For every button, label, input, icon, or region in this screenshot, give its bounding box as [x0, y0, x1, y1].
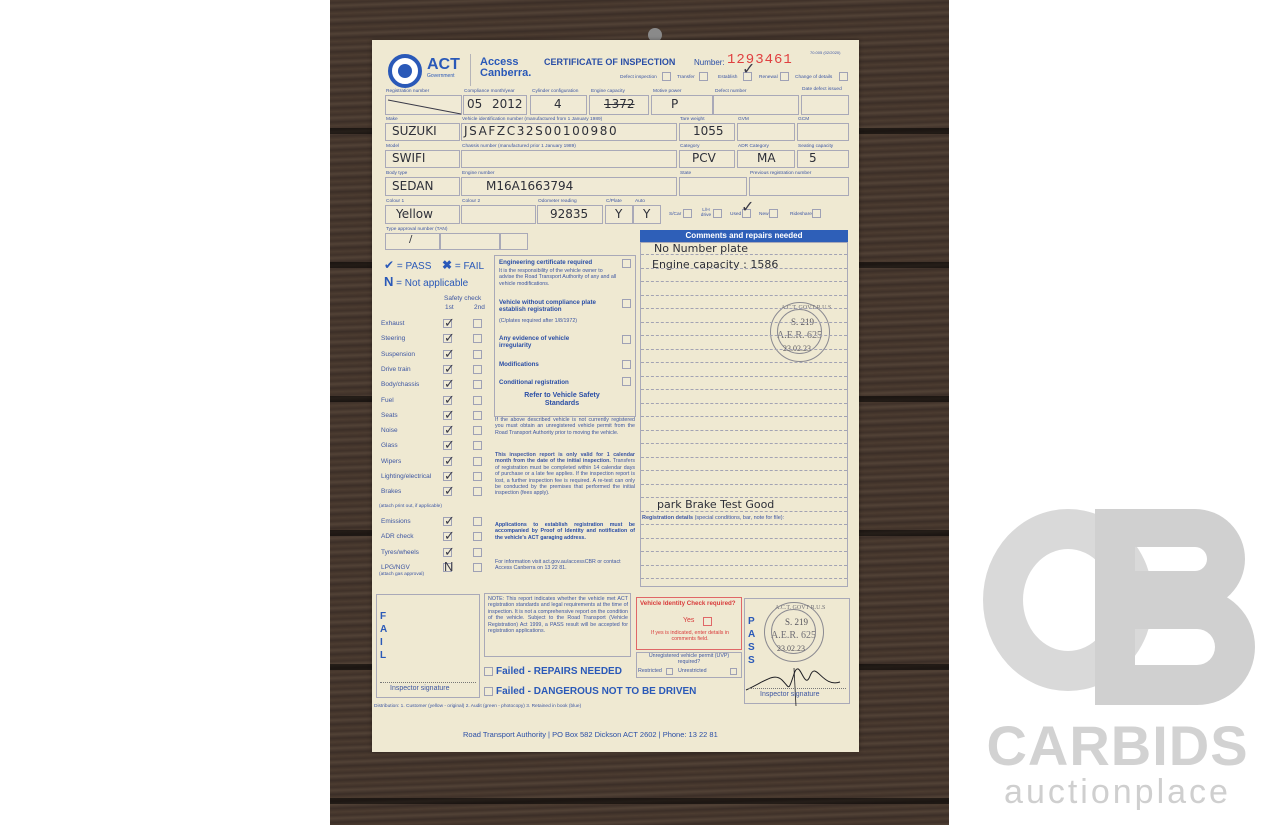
irregularity-title: Any evidence of vehicle irregularity: [499, 335, 599, 349]
second-check-header: 2nd: [474, 304, 485, 311]
second-check-checkbox[interactable]: [473, 472, 482, 481]
chassis-number-label: Chassis number (manufactured prior 1 Jan…: [462, 144, 576, 149]
vic-title: Vehicle Identity Check required?: [640, 600, 740, 607]
comment-rule-line: [641, 538, 847, 539]
fail-legend: ✖ = FAIL: [442, 258, 484, 272]
comment-rule-line: [641, 416, 847, 417]
comment-rule-line: [641, 565, 847, 566]
cplate-label: C/Plate: [606, 199, 622, 204]
cplate-value: Y: [615, 207, 622, 221]
failed-dangerous-checkbox[interactable]: [484, 687, 493, 696]
chassis-number-field[interactable]: [461, 150, 677, 168]
modifications-checkbox[interactable]: [622, 360, 631, 369]
tan-value: /: [409, 234, 412, 245]
pass-check-icon: ✔: [384, 258, 394, 272]
engine-capacity-label: Engine capacity: [591, 89, 625, 94]
adr-category-label: ADR Category: [738, 144, 769, 149]
colour1-label: Colour 1: [386, 199, 404, 204]
purpose-defect-label: Defect inspection: [620, 75, 657, 80]
eng-cert-text: It is the responsibility of the vehicle …: [499, 268, 617, 287]
comment-rule-line: [641, 484, 847, 485]
pass-checkmark-icon: ✓: [444, 545, 455, 558]
colour2-field[interactable]: [461, 205, 536, 224]
second-check-checkbox[interactable]: [473, 411, 482, 420]
safety-check-label: Noise: [381, 427, 398, 434]
pass-checkmark-icon: ✓: [444, 408, 455, 421]
comment-rule-line: [641, 281, 847, 282]
vin-label: Vehicle identification number (manufactu…: [462, 117, 602, 122]
refer-standards: Refer to Vehicle Safety Standards: [512, 392, 612, 408]
tan-field[interactable]: [385, 233, 440, 250]
vic-hint: If yes is indicated, enter details in co…: [640, 630, 740, 643]
tan-field-3[interactable]: [500, 233, 528, 250]
comment-rule-line: [641, 389, 847, 390]
pass-checkmark-icon: ✓: [444, 529, 455, 542]
logo-divider: [470, 54, 471, 86]
comment-rule-line: [641, 376, 847, 377]
comment-rule-line: [641, 511, 847, 512]
odometer-value: 92835: [550, 207, 588, 221]
safety-check-label: Glass: [381, 442, 398, 449]
comment-rule-line: [641, 443, 847, 444]
pass-checkmark-icon: ✓: [444, 514, 455, 527]
fail-cross-icon: ✖: [442, 258, 452, 272]
no-plate-text: (C/plates required after 1/8/1972): [499, 318, 577, 324]
motive-power-field[interactable]: [651, 95, 713, 115]
failed-repairs-label: Failed - REPAIRS NEEDED: [496, 666, 622, 677]
defect-number-field[interactable]: [713, 95, 799, 115]
pass-checkmark-icon: ✓: [444, 469, 455, 482]
second-check-checkbox[interactable]: [473, 334, 482, 343]
seating-capacity-value: 5: [809, 151, 817, 165]
previous-registration-label: Previous registration number: [750, 171, 811, 176]
establish-notice: Applications to establish registration m…: [495, 522, 635, 541]
comment-rule-line: [641, 403, 847, 404]
scar-checkbox[interactable]: [683, 209, 692, 218]
purpose-defect-checkbox[interactable]: [662, 72, 671, 81]
pass-signature-line: [748, 688, 846, 689]
lhdrive-label: L/H drive: [700, 208, 712, 218]
pass-checkmark-icon: ✓: [444, 347, 455, 360]
rideshare-checkbox[interactable]: [812, 209, 821, 218]
carbids-watermark: CARBIDS auctionplace: [975, 505, 1260, 815]
pass-checkmark-icon: ✓: [444, 423, 455, 436]
no-plate-checkbox[interactable]: [622, 299, 631, 308]
engine-capacity-value: 1372: [604, 97, 635, 111]
purpose-establish-label: Establish: [718, 75, 737, 80]
restricted-checkbox[interactable]: [666, 668, 673, 675]
pass-checkmark-icon: ✓: [444, 316, 455, 329]
pass-inspector-signature-label: Inspector signature: [760, 691, 820, 698]
contact-info: For information visit act.gov.au/accessC…: [495, 559, 635, 572]
access-canberra-logo: Access Canberra.: [480, 57, 531, 79]
comment-rule-line: [641, 470, 847, 471]
note-text: NOTE: This report indicates whether the …: [488, 596, 628, 634]
used-label: Used: [730, 212, 741, 217]
compliance-year: 2012: [492, 97, 523, 111]
vic-yes-checkbox[interactable]: [703, 617, 712, 626]
second-check-checkbox[interactable]: [473, 532, 482, 541]
purpose-transfer-checkbox[interactable]: [699, 72, 708, 81]
carbids-brand-text: CARBIDS: [975, 713, 1260, 778]
category-label: Category: [680, 144, 699, 149]
date-defect-field[interactable]: [801, 95, 849, 115]
safety-check-label: Lighting/electrical: [381, 473, 431, 480]
form-id: 70.005 (02/2020): [810, 50, 840, 55]
safety-check-label: Body/chassis: [381, 381, 419, 388]
restricted-label: Restricted: [638, 668, 662, 674]
body-type-value: SEDAN: [392, 179, 433, 193]
motive-power-label: Motive power: [653, 89, 682, 94]
comment-rule-line: [641, 268, 847, 269]
inspector-signature-scribble: [744, 662, 844, 707]
modifications-title: Modifications: [499, 361, 539, 368]
eng-cert-checkbox[interactable]: [622, 259, 631, 268]
comment-park-brake: park Brake Test Good: [657, 498, 774, 511]
pass-checkmark-icon: ✓: [444, 331, 455, 344]
tan-label: Type approval number (TAN): [386, 227, 448, 232]
motive-power-value: P: [671, 97, 678, 111]
model-value: SWIFI: [392, 151, 425, 165]
pass-legend: ✔ = PASS: [384, 258, 431, 272]
gcm-label: GCM: [798, 117, 809, 122]
second-check-checkbox[interactable]: [473, 487, 482, 496]
previous-registration-field[interactable]: [749, 177, 849, 196]
second-check-checkbox[interactable]: [473, 563, 482, 572]
auctionplace-text: auctionplace: [975, 773, 1260, 812]
tan-field-2[interactable]: [440, 233, 500, 250]
category-value: PCV: [692, 151, 716, 165]
fail-signature-line: [380, 682, 476, 683]
second-check-checkbox[interactable]: [473, 365, 482, 374]
seating-capacity-field[interactable]: [797, 150, 849, 168]
comment-rule-line: [641, 551, 847, 552]
state-field[interactable]: [679, 177, 747, 196]
comment-rule-line: [641, 308, 847, 309]
cylinders-label: Cylinder configuration: [532, 89, 578, 94]
comment-rule-line: [641, 497, 847, 498]
engine-number-label: Engine number: [462, 171, 495, 176]
date-defect-label: Date defect issued: [802, 87, 842, 92]
odometer-label: Odometer reading: [538, 199, 577, 204]
pass-checkmark-icon: ✓: [444, 362, 455, 375]
eng-cert-title: Engineering certificate required: [499, 259, 592, 266]
not-applicable-mark: N: [444, 560, 453, 573]
auto-label: Auto: [635, 199, 645, 204]
pass-stamp: A.C.T. GOVT R.U.S S. 219 A.E.R. 625 23.0…: [764, 602, 824, 662]
number-label: Number:: [694, 58, 725, 67]
comment-rule-line: [641, 335, 847, 336]
safety-check-header: Safety check: [444, 295, 481, 302]
make-value: SUZUKI: [392, 124, 437, 138]
pass-checkmark-icon: ✓: [444, 393, 455, 406]
na-legend: N = Not applicable: [384, 274, 468, 289]
safety-check-label: Seats: [381, 412, 398, 419]
vic-yes-label: Yes: [683, 617, 694, 624]
auto-value: Y: [643, 207, 650, 221]
compliance-label: Compliance month/year: [464, 89, 515, 94]
conditional-checkbox[interactable]: [622, 377, 631, 386]
new-checkbox[interactable]: [769, 209, 778, 218]
fail-letters: F A I L: [380, 610, 387, 662]
purpose-renewal-checkbox[interactable]: [780, 72, 789, 81]
safety-check-label: Suspension: [381, 351, 415, 358]
inspection-stamp: A.C.T. GOVT R.U.S S. 219 A.E.R. 625 23.0…: [770, 302, 830, 362]
footer-address: Road Transport Authority | PO Box 582 Di…: [463, 730, 718, 739]
adr-category-value: MA: [757, 151, 776, 165]
scar-label: S/Car: [669, 212, 681, 217]
comment-rule-line: [641, 362, 847, 363]
comment-line-2: Engine capacity : 1586: [652, 258, 778, 271]
second-check-checkbox[interactable]: [473, 319, 482, 328]
vin-value: JSAFZC32S00100980: [464, 124, 618, 138]
no-plate-title: Vehicle without compliance plate establi…: [499, 299, 617, 313]
irregularity-checkbox[interactable]: [622, 335, 631, 344]
body-type-label: Body type: [386, 171, 407, 176]
second-check-checkbox[interactable]: [473, 457, 482, 466]
gvm-label: GVM: [738, 117, 749, 122]
seating-capacity-label: Seating capacity: [798, 144, 833, 149]
colour1-value: Yellow: [396, 207, 433, 221]
purpose-change-label: Change of details: [795, 75, 832, 80]
safety-check-label: Steering: [381, 335, 405, 342]
unrestricted-checkbox[interactable]: [730, 668, 737, 675]
cylinders-value: 4: [554, 97, 562, 111]
safety-check-label: Emissions: [381, 518, 411, 525]
state-label: State: [680, 171, 691, 176]
comments-header: Comments and repairs needed: [640, 230, 848, 242]
purpose-change-checkbox[interactable]: [839, 72, 848, 81]
failed-dangerous-label: Failed - DANGEROUS NOT TO BE DRIVEN: [496, 686, 696, 697]
tare-weight-label: Tare weight: [680, 117, 705, 122]
certificate-of-inspection: ACT Government Access Canberra. CERTIFIC…: [372, 40, 859, 752]
act-government-text: Government: [427, 73, 455, 79]
pass-checkmark-icon: ✓: [444, 454, 455, 467]
lhdrive-checkbox[interactable]: [713, 209, 722, 218]
new-label: New: [759, 212, 769, 217]
colour2-label: Colour 2: [462, 199, 480, 204]
act-logo-text: ACT: [427, 56, 460, 74]
rideshare-label: Rideshare: [790, 212, 812, 217]
distribution-note: Distribution: 1. Customer (yellow - orig…: [374, 704, 581, 709]
registration-number-label: Registration number: [386, 89, 429, 94]
gvm-field[interactable]: [737, 123, 795, 141]
safety-check-label: LPG/NGV: [381, 564, 410, 571]
certificate-number: 1293461: [727, 52, 793, 68]
second-check-checkbox[interactable]: [473, 548, 482, 557]
gcm-field[interactable]: [797, 123, 849, 141]
comment-rule-line: [641, 295, 847, 296]
model-label: Model: [386, 144, 399, 149]
comment-rule-line: [641, 457, 847, 458]
document-title: CERTIFICATE OF INSPECTION: [544, 57, 675, 67]
unrestricted-label: Unrestricted: [678, 668, 707, 674]
second-check-checkbox[interactable]: [473, 517, 482, 526]
unregistered-notice: If the above described vehicle is not cu…: [495, 417, 635, 436]
second-check-checkbox[interactable]: [473, 441, 482, 450]
comment-rule-line: [641, 349, 847, 350]
defect-number-label: Defect number: [715, 89, 746, 94]
first-check-header: 1st: [445, 304, 454, 311]
tare-weight-value: 1055: [693, 124, 724, 138]
safety-check-label: Fuel: [381, 397, 394, 404]
safety-check-sublabel: (attach gas approval): [379, 572, 424, 577]
comment-rule-line: [641, 524, 847, 525]
comment-rule-line: [641, 430, 847, 431]
photo-stage: ACT Government Access Canberra. CERTIFIC…: [0, 0, 1280, 825]
conditional-title: Conditional registration: [499, 379, 569, 386]
second-check-checkbox[interactable]: [473, 396, 482, 405]
make-label: Make: [386, 117, 398, 122]
safety-check-label: Brakes: [381, 488, 401, 495]
failed-repairs-checkbox[interactable]: [484, 667, 493, 676]
pass-checkmark-icon: ✓: [444, 484, 455, 497]
comment-rule-line: [641, 578, 847, 579]
safety-check-label: Tyres/wheels: [381, 549, 419, 556]
safety-check-label: Wipers: [381, 458, 401, 465]
purpose-transfer-label: Transfer: [677, 75, 695, 80]
fail-inspector-signature-label: Inspector signature: [390, 685, 450, 692]
registration-details-label: Registration details (special conditions…: [642, 515, 784, 521]
second-check-checkbox[interactable]: [473, 350, 482, 359]
purpose-renewal-label: Renewal: [759, 75, 778, 80]
compliance-month: 05: [467, 97, 482, 111]
pass-checkmark-icon: ✓: [444, 377, 455, 390]
comment-rule-line: [641, 254, 847, 255]
safety-check-label: Exhaust: [381, 320, 405, 327]
engine-number-value: M16A1663794: [486, 179, 573, 193]
attach-printout-note: (attach print out, if applicable): [379, 504, 442, 509]
act-coat-of-arms-icon: [388, 54, 422, 88]
carbids-b-icon: [1095, 509, 1255, 705]
registration-number-field[interactable]: [385, 95, 462, 115]
used-checkmark-icon: ✓: [741, 200, 754, 216]
uvp-label: Unregistered vehicle permit (UVP) requir…: [648, 653, 730, 666]
validity-notice: This inspection report is only valid for…: [495, 452, 635, 497]
pass-checkmark-icon: ✓: [444, 438, 455, 451]
safety-check-label: ADR check: [381, 533, 414, 540]
establish-checkmark-icon: ✓: [742, 62, 755, 78]
pass-letters: P A S S: [748, 615, 755, 667]
second-check-checkbox[interactable]: [473, 380, 482, 389]
safety-check-label: Drive train: [381, 366, 411, 373]
second-check-checkbox[interactable]: [473, 426, 482, 435]
comment-rule-line: [641, 322, 847, 323]
